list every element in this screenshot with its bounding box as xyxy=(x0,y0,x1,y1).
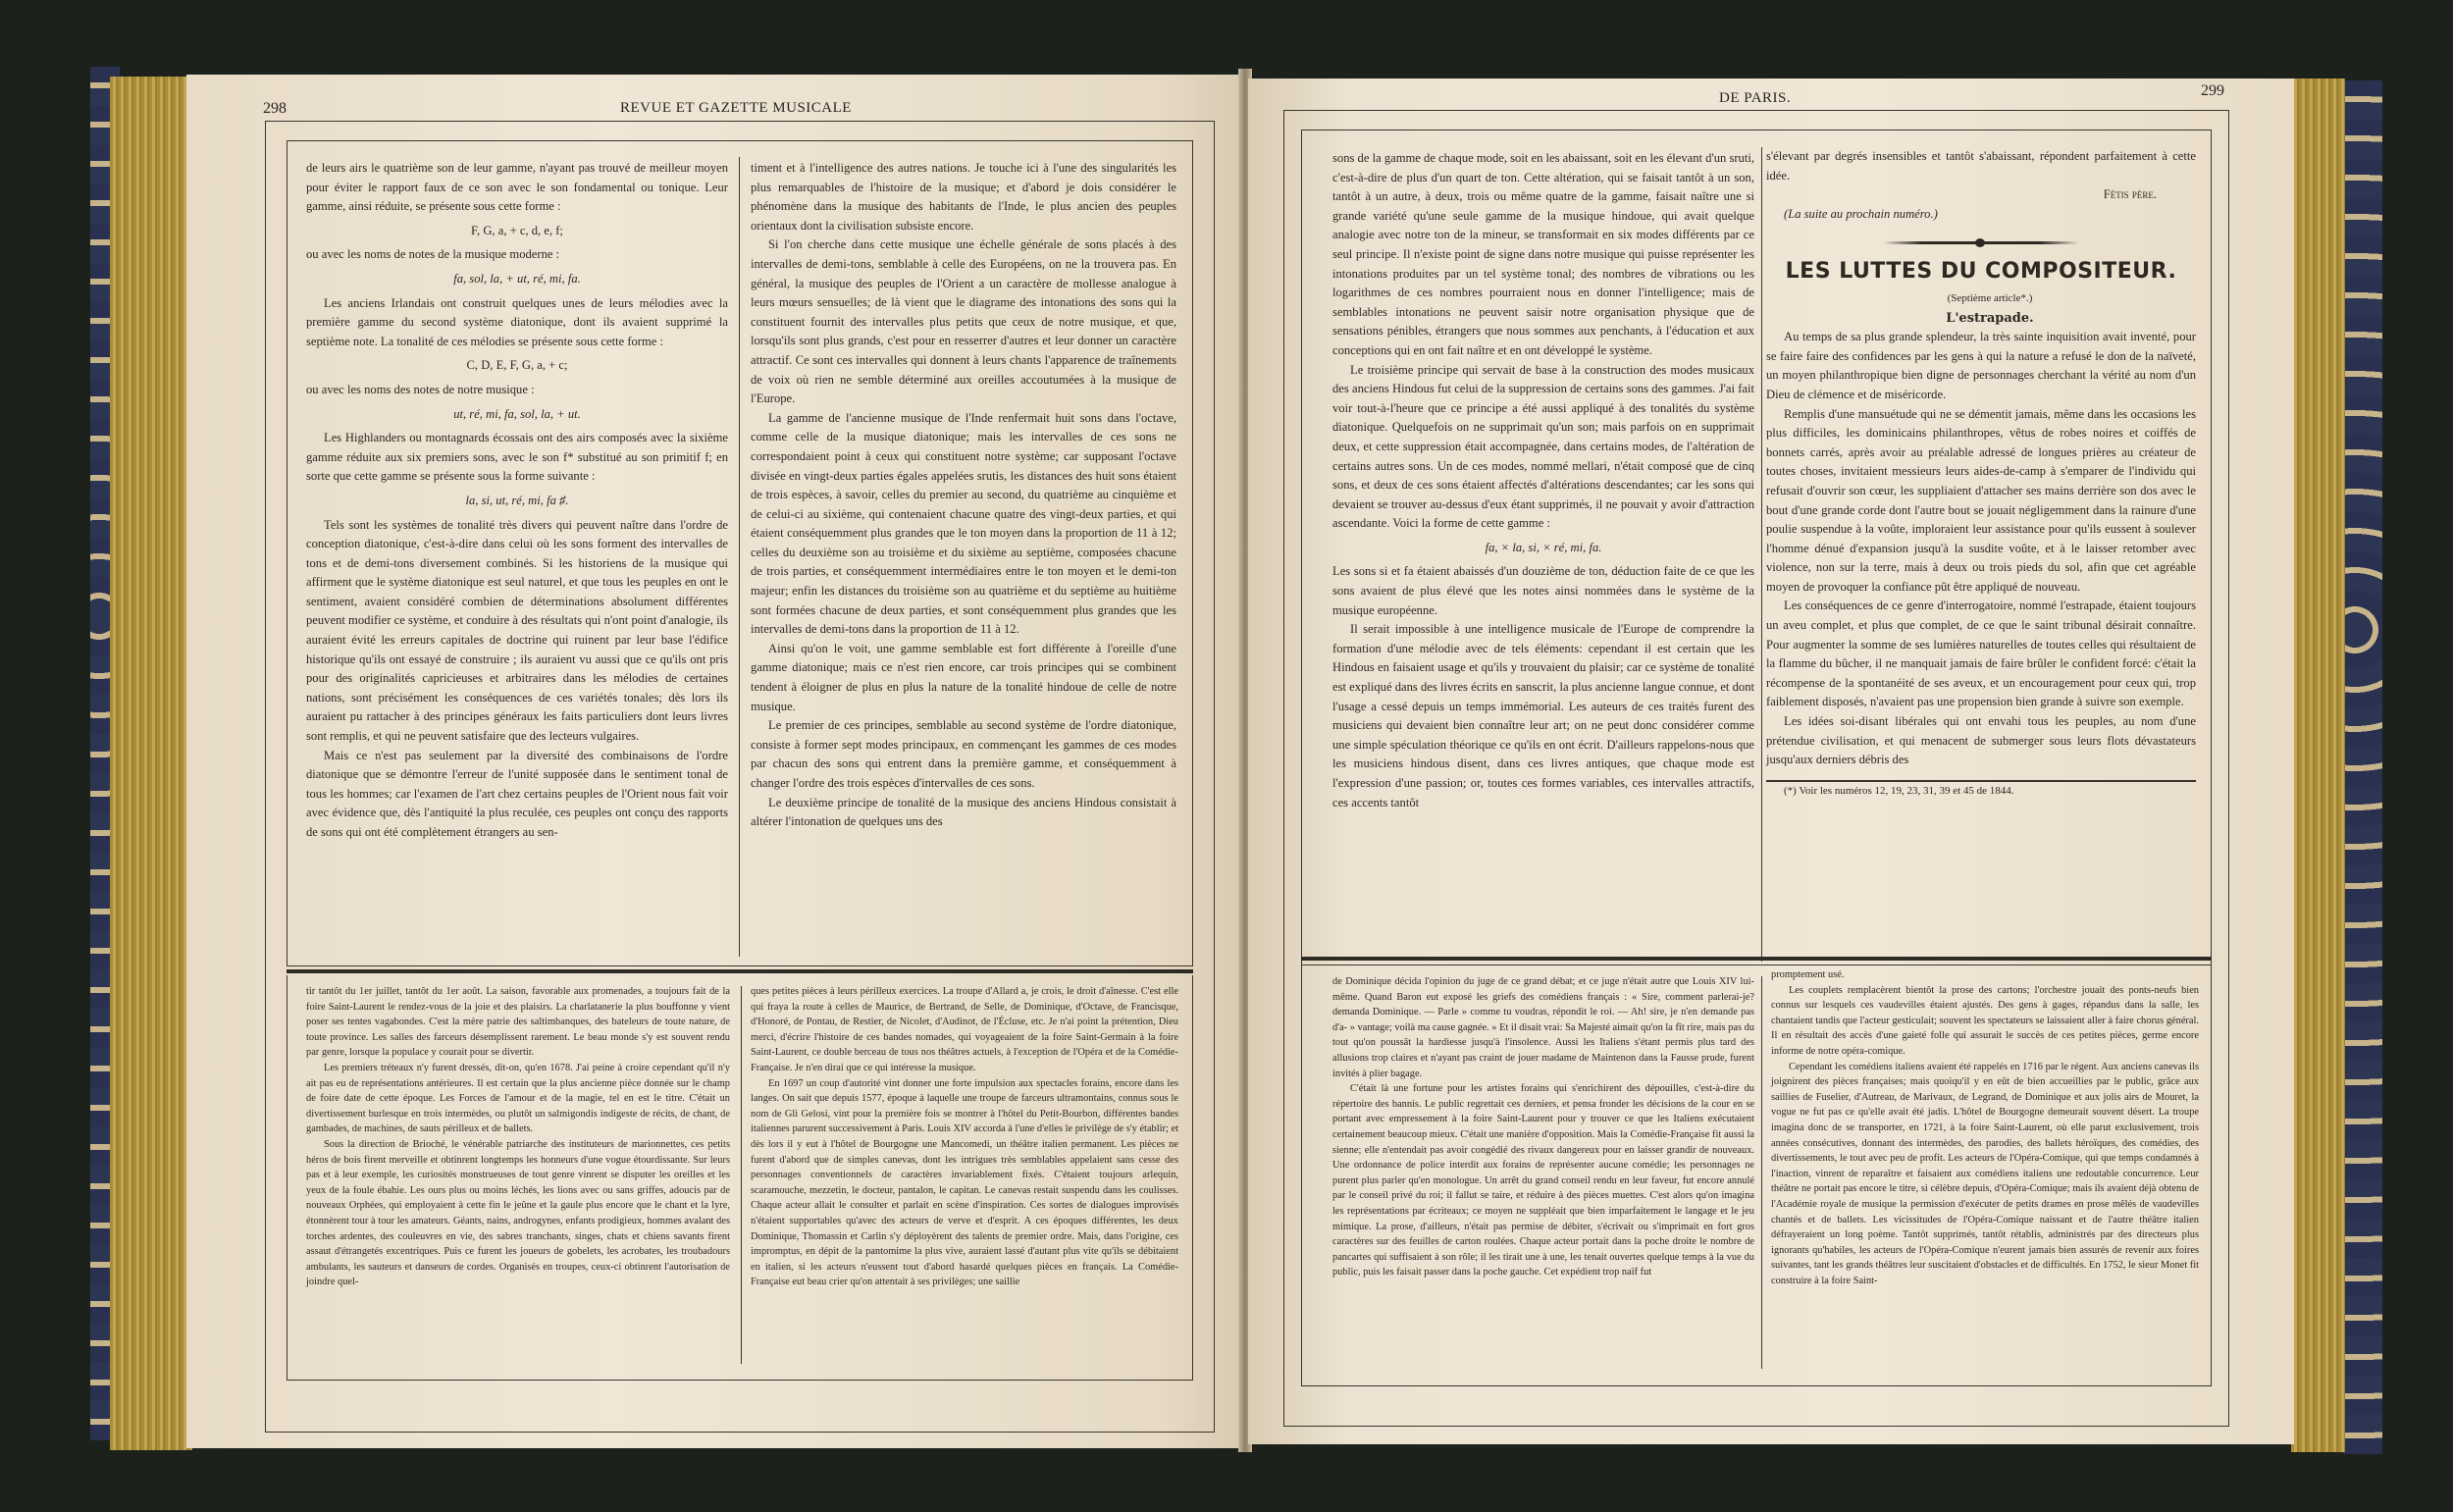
musical-scale: fa, × la, si, × ré, mi, fa. xyxy=(1332,539,1754,558)
article-subtitle: (Septième article*.) xyxy=(1766,289,2196,309)
paragraph: Le troisième principe qui servait de bas… xyxy=(1332,361,1754,534)
footnote-rule xyxy=(1766,780,2196,782)
paragraph: Cependant les comédiens italiens avaient… xyxy=(1771,1060,2199,1289)
paragraph: Le deuxième principe de tonalité de la m… xyxy=(751,794,1176,832)
page-edges-left xyxy=(110,77,192,1450)
page-edges-right xyxy=(2291,78,2345,1452)
left-feuilleton-column-1: tir tantôt du 1er juillet, tantôt du 1er… xyxy=(306,984,730,1290)
paragraph: La gamme de l'ancienne musique de l'Inde… xyxy=(751,409,1176,640)
paragraph: Les anciens Irlandais ont construit quel… xyxy=(306,294,728,352)
right-feuilleton-rule xyxy=(1301,957,2212,961)
paragraph: de leurs airs le quatrième son de leur g… xyxy=(306,159,728,217)
paragraph: tir tantôt du 1er juillet, tantôt du 1er… xyxy=(306,984,730,1061)
paragraph: ou avec les noms des notes de notre musi… xyxy=(306,381,728,400)
paragraph: Le premier de ces principes, semblable a… xyxy=(751,716,1176,793)
left-feuilleton-rule xyxy=(287,969,1193,973)
paragraph: Les conséquences de ce genre d'interroga… xyxy=(1766,597,2196,712)
paragraph: En 1697 un coup d'autorité vint donner u… xyxy=(751,1076,1178,1290)
right-top-column-1: sons de la gamme de chaque mode, soit en… xyxy=(1332,149,1754,812)
left-feuilleton-column-2: ques petites pièces à leurs périlleux ex… xyxy=(751,984,1178,1290)
paragraph: Les premiers tréteaux n'y furent dressés… xyxy=(306,1061,730,1137)
left-page-number: 298 xyxy=(263,100,287,118)
paragraph: Mais ce n'est pas seulement par la diver… xyxy=(306,747,728,843)
paragraph: de Dominique décida l'opinion du juge de… xyxy=(1332,974,1754,1081)
paragraph: Les Highlanders ou montagnards écossais … xyxy=(306,429,728,487)
paragraph: C'était là une fortune pour les artistes… xyxy=(1332,1081,1754,1280)
book-cover-right xyxy=(2343,80,2382,1454)
continuation-note: (La suite au prochain numéro.) xyxy=(1766,205,2196,225)
paragraph: Sous la direction de Brioché, le vénérab… xyxy=(306,1137,730,1290)
right-running-head: DE PARIS. xyxy=(1719,90,1791,107)
author-signature: Fétis père. xyxy=(1766,185,2196,205)
paragraph: Il serait impossible à une intelligence … xyxy=(1332,620,1754,812)
fetis-article-ending: s'élevant par degrés insensibles et tant… xyxy=(1766,147,2196,185)
paragraph: Ainsi qu'on le voit, une gamme semblable… xyxy=(751,640,1176,716)
left-column-rule xyxy=(739,157,740,957)
musical-scale: ut, ré, mi, fa, sol, la, + ut. xyxy=(306,405,728,425)
right-feuilleton-column-2: promptement usé.Les couplets remplacèren… xyxy=(1771,967,2199,1288)
right-page-number: 299 xyxy=(2201,82,2224,100)
musical-scale: F, G, a, + c, d, e, f; xyxy=(306,222,728,241)
right-feuilleton-column-rule xyxy=(1761,976,1762,1369)
paragraph: sons de la gamme de chaque mode, soit en… xyxy=(1332,149,1754,361)
musical-scale: C, D, E, F, G, a, + c; xyxy=(306,356,728,376)
paragraph: Remplis d'une mansuétude qui ne se démen… xyxy=(1766,405,2196,598)
left-feuilleton-column-rule xyxy=(741,986,742,1364)
left-top-column-2: timent et à l'intelligence des autres na… xyxy=(751,159,1176,832)
article-body: Au temps de sa plus grande splendeur, la… xyxy=(1766,328,2196,770)
ornamental-divider xyxy=(1883,241,2079,244)
left-running-head: REVUE ET GAZETTE MUSICALE xyxy=(620,100,852,117)
paragraph: Les couplets remplacèrent bientôt la pro… xyxy=(1771,983,2199,1060)
paragraph: Tels sont les systèmes de tonalité très … xyxy=(306,516,728,747)
paragraph: Au temps de sa plus grande splendeur, la… xyxy=(1766,328,2196,404)
paragraph: promptement usé. xyxy=(1771,967,2199,983)
footnote: (*) Voir les numéros 12, 19, 23, 31, 39 … xyxy=(1766,782,2196,802)
paragraph: Les sons si et fa étaient abaissés d'un … xyxy=(1332,562,1754,620)
article-title: LES LUTTES DU COMPOSITEUR. xyxy=(1766,262,2196,282)
right-column-rule xyxy=(1761,147,1762,962)
paragraph: Les idées soi-disant libérales qui ont e… xyxy=(1766,712,2196,770)
paragraph: timent et à l'intelligence des autres na… xyxy=(751,159,1176,235)
right-feuilleton-column-1: de Dominique décida l'opinion du juge de… xyxy=(1332,974,1754,1280)
musical-scale: la, si, ut, ré, mi, fa ♯. xyxy=(306,492,728,511)
article-subhead: L'estrapade. xyxy=(1766,309,2196,329)
paragraph: ques petites pièces à leurs périlleux ex… xyxy=(751,984,1178,1076)
musical-scale: fa, sol, la, + ut, ré, mi, fa. xyxy=(306,270,728,289)
paragraph: ou avec les noms de notes de la musique … xyxy=(306,245,728,265)
left-top-column-1: de leurs airs le quatrième son de leur g… xyxy=(306,159,728,843)
paragraph: Si l'on cherche dans cette musique une é… xyxy=(751,235,1176,408)
right-top-column-2: s'élevant par degrés insensibles et tant… xyxy=(1766,147,2196,801)
